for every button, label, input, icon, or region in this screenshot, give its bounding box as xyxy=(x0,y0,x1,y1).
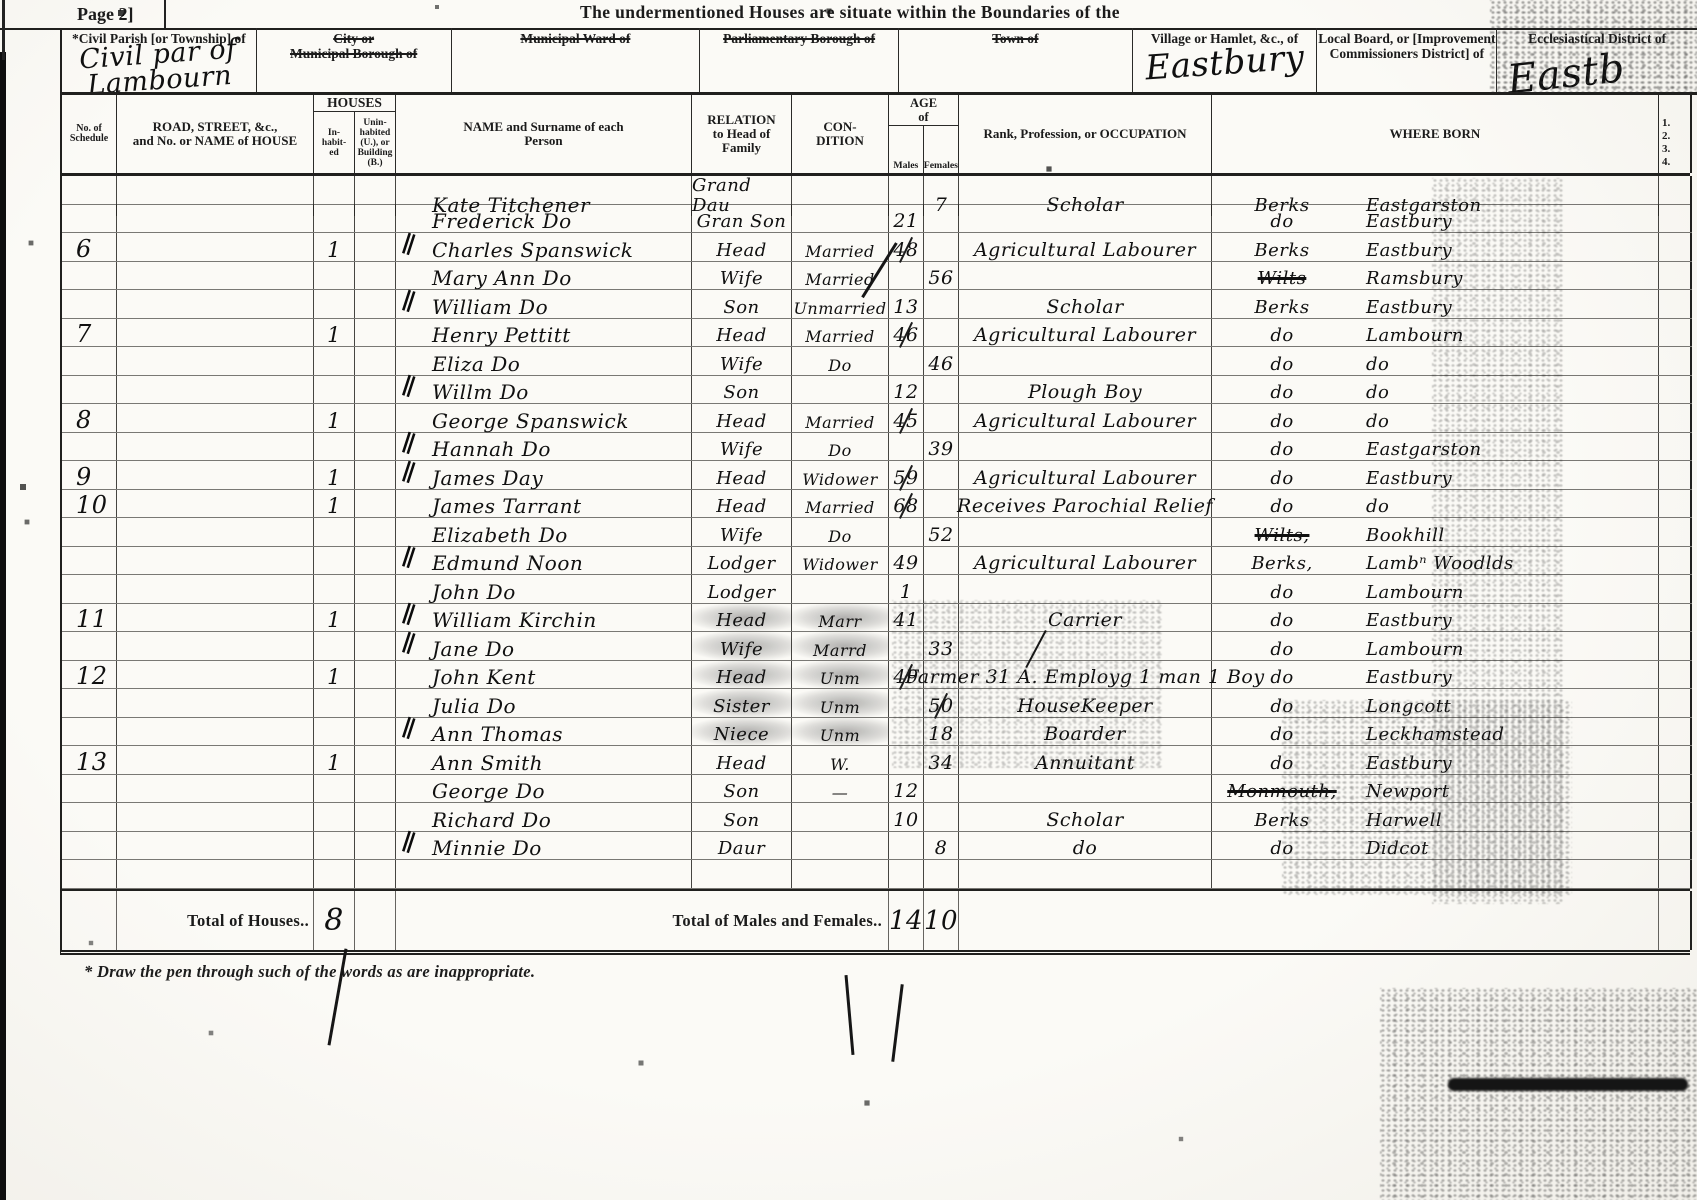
person-name: George Spanswick xyxy=(432,410,629,432)
cell-relation: Head xyxy=(692,461,792,489)
cell-road-street xyxy=(117,689,314,717)
census-page: Page 2] The undermentioned Houses are si… xyxy=(0,0,1697,1200)
cell-condition: Unm xyxy=(792,661,889,689)
cell-name: Julia Do xyxy=(396,689,692,717)
cell-occupation xyxy=(959,860,1212,888)
total-males-value: 14 xyxy=(889,891,924,950)
born-county: do xyxy=(1212,697,1352,717)
age-male-value: 59 xyxy=(893,468,918,489)
household-separator-mark: ∥ xyxy=(399,230,436,265)
scan-specks xyxy=(0,0,2,2)
cell-road-street xyxy=(117,404,314,432)
cell-age-male: 10 xyxy=(889,803,924,831)
person-name: Henry Pettitt xyxy=(432,324,571,346)
cell-schedule-number: 10 xyxy=(62,490,117,518)
table-header-row: No. of Schedule ROAD, STREET, &c., and N… xyxy=(60,95,1690,176)
person-name: William Kirchin xyxy=(432,609,597,631)
cell-disability xyxy=(1659,746,1692,774)
cell-age-male xyxy=(889,832,924,860)
age-male-value: 49 xyxy=(893,553,918,574)
cell-inhabited xyxy=(314,347,355,375)
cell-inhabited xyxy=(314,832,355,860)
col-uninhabited: Unin- habited (U.), or Building (B.) xyxy=(355,112,395,173)
born-county: do xyxy=(1212,611,1352,631)
page-title: The undermentioned Houses are situate wi… xyxy=(475,2,1225,23)
cell-age-female: 52 xyxy=(924,518,959,546)
cell-road-street xyxy=(117,490,314,518)
col-males: Males xyxy=(889,126,924,173)
cell-inhabited xyxy=(314,632,355,660)
cell-name: ∥ Edmund Noon xyxy=(396,547,692,575)
field-ecclesiastical-district: Ecclesiastical District of Eastb xyxy=(1497,28,1697,92)
cell-schedule-number xyxy=(62,860,117,888)
cell-occupation xyxy=(959,632,1212,660)
cell-where-born: do Leckhamstead xyxy=(1212,718,1659,746)
born-county: do xyxy=(1212,725,1352,745)
cell-condition: Marr xyxy=(792,604,889,632)
cell-uninhabited xyxy=(355,604,396,632)
born-place: Eastbury xyxy=(1352,298,1658,318)
cell-name: ∥ William Do xyxy=(396,290,692,318)
cell-road-street xyxy=(117,632,314,660)
household-separator-mark: ∥ xyxy=(399,714,436,749)
cell-condition: Widower xyxy=(792,461,889,489)
age-male-value: 49 xyxy=(893,667,918,688)
cell-age-female xyxy=(924,604,959,632)
cell-condition xyxy=(792,205,889,233)
cell-name: James Tarrant xyxy=(396,490,692,518)
cell-occupation: Annuitant xyxy=(959,746,1212,774)
cell-age-male: 13 xyxy=(889,290,924,318)
cell-relation: Wife xyxy=(692,632,792,660)
cell-occupation: HouseKeeper xyxy=(959,689,1212,717)
totals-row: Total of Houses.. 8 Total of Males and F… xyxy=(60,889,1690,955)
cell-uninhabited xyxy=(355,376,396,404)
cell-age-female: 50 xyxy=(924,689,959,717)
table-row: Eliza Do Wife Do 46 do do xyxy=(62,347,1692,376)
footnote-instruction: * Draw the pen through such of the words… xyxy=(84,962,535,982)
age-male-value: 46 xyxy=(893,325,918,346)
cell-name: ∥ Jane Do xyxy=(396,632,692,660)
cell-where-born xyxy=(1212,860,1659,888)
cell-age-male: 49 xyxy=(889,661,924,689)
age-female-value: 56 xyxy=(928,268,953,289)
household-separator-mark: ∥ xyxy=(399,458,436,493)
field-city-borough: City or Municipal Borough of xyxy=(257,28,452,92)
field-label: Town of xyxy=(899,31,1132,46)
field-label: Ecclesiastical District of xyxy=(1497,31,1697,46)
cell-where-born: do Eastbury xyxy=(1212,604,1659,632)
cell-relation: Head xyxy=(692,746,792,774)
age-female-value: 34 xyxy=(928,753,953,774)
totals-spacer xyxy=(355,891,396,950)
cell-schedule-number xyxy=(62,433,117,461)
table-row: George Do Son — 12 Monmouth, Newport xyxy=(62,775,1692,804)
cell-uninhabited xyxy=(355,205,396,233)
field-label: Municipal Ward of xyxy=(452,31,700,46)
cell-condition: Do xyxy=(792,518,889,546)
cell-road-street xyxy=(117,518,314,546)
person-name: Julia Do xyxy=(432,695,516,717)
cell-condition xyxy=(792,575,889,603)
person-name: John Do xyxy=(432,581,516,603)
cell-schedule-number: 11 xyxy=(62,604,117,632)
total-males-females-label: Total of Males and Females.. xyxy=(396,891,889,950)
cell-uninhabited xyxy=(355,290,396,318)
cell-disability xyxy=(1659,832,1692,860)
cell-condition: W. xyxy=(792,746,889,774)
cell-age-female: 8 xyxy=(924,832,959,860)
cell-where-born: do Lambourn xyxy=(1212,632,1659,660)
cell-inhabited xyxy=(314,518,355,546)
age-male-value: 10 xyxy=(893,810,918,831)
table-row: John Do Lodger 1 do Lambourn xyxy=(62,575,1692,604)
cell-occupation xyxy=(959,347,1212,375)
cell-schedule-number xyxy=(62,689,117,717)
total-females-value: 10 xyxy=(924,891,959,950)
age-female-value: 46 xyxy=(928,354,953,375)
cell-uninhabited xyxy=(355,262,396,290)
table-row: 8 1 George Spanswick Head Married 45 Agr… xyxy=(62,404,1692,433)
header-fields-row: *Civil Parish [or Township] of Civil par… xyxy=(60,28,1697,95)
cell-road-street xyxy=(117,290,314,318)
cell-road-street xyxy=(117,547,314,575)
cell-inhabited xyxy=(314,775,355,803)
cell-where-born: do Eastbury xyxy=(1212,205,1659,233)
person-name: Jane Do xyxy=(432,638,515,660)
cell-age-male xyxy=(889,718,924,746)
cell-where-born: Berks Eastbury xyxy=(1212,290,1659,318)
cell-age-male xyxy=(889,433,924,461)
cell-schedule-number xyxy=(62,775,117,803)
cell-relation: Head xyxy=(692,661,792,689)
cell-inhabited: 1 xyxy=(314,604,355,632)
cell-where-born: do do xyxy=(1212,490,1659,518)
cell-disability xyxy=(1659,205,1692,233)
person-name: Frederick Do xyxy=(432,210,572,232)
cell-occupation: Farmer 31 A. Employg 1 man 1 Boy xyxy=(959,661,1212,689)
born-county: Berks xyxy=(1212,811,1352,831)
age-male-value: 45 xyxy=(893,411,918,432)
cell-condition xyxy=(792,376,889,404)
cell-where-born: do do xyxy=(1212,404,1659,432)
age-male-value: 13 xyxy=(893,297,918,318)
cell-occupation: Carrier xyxy=(959,604,1212,632)
cell-road-street xyxy=(117,604,314,632)
person-name: Ann Smith xyxy=(432,752,543,774)
born-county: Berks xyxy=(1212,241,1352,261)
cell-disability xyxy=(1659,547,1692,575)
cell-name: George Spanswick xyxy=(396,404,692,432)
table-row: Elizabeth Do Wife Do 52 Wilts, Bookhill xyxy=(62,518,1692,547)
table-row: ∥ Willm Do Son 12 Plough Boy do do xyxy=(62,376,1692,405)
cell-schedule-number: 12 xyxy=(62,661,117,689)
cell-schedule-number xyxy=(62,347,117,375)
person-name: Charles Spanswick xyxy=(432,239,633,261)
cell-disability xyxy=(1659,461,1692,489)
cell-disability xyxy=(1659,262,1692,290)
cell-name: Elizabeth Do xyxy=(396,518,692,546)
cell-schedule-number xyxy=(62,290,117,318)
cell-age-female: 33 xyxy=(924,632,959,660)
cell-road-street xyxy=(117,376,314,404)
cell-road-street xyxy=(117,860,314,888)
cell-disability xyxy=(1659,632,1692,660)
table-row: Frederick Do Gran Son 21 do Eastbury xyxy=(62,205,1692,234)
cell-age-female xyxy=(924,575,959,603)
cell-disability xyxy=(1659,604,1692,632)
cell-where-born: do Eastgarston xyxy=(1212,433,1659,461)
cell-inhabited xyxy=(314,290,355,318)
cell-occupation: Agricultural Labourer xyxy=(959,319,1212,347)
cell-uninhabited xyxy=(355,490,396,518)
cell-age-male: 21 xyxy=(889,205,924,233)
born-place: do xyxy=(1352,383,1658,403)
cell-name: Mary Ann Do xyxy=(396,262,692,290)
household-separator-mark: ∥ xyxy=(399,828,436,863)
cell-where-born: Berks Harwell xyxy=(1212,803,1659,831)
cell-disability xyxy=(1659,689,1692,717)
cell-inhabited: 1 xyxy=(314,746,355,774)
born-place: Bookhill xyxy=(1352,526,1658,546)
cell-age-male xyxy=(889,262,924,290)
cell-uninhabited xyxy=(355,404,396,432)
born-place: Lambⁿ Woodlds xyxy=(1352,554,1658,574)
cell-age-male: 48 xyxy=(889,233,924,261)
cell-age-female: 56 xyxy=(924,262,959,290)
cell-age-female xyxy=(924,376,959,404)
cell-relation xyxy=(692,860,792,888)
cell-schedule-number xyxy=(62,718,117,746)
cell-condition xyxy=(792,832,889,860)
person-name: James Tarrant xyxy=(432,495,582,517)
age-female-value: 18 xyxy=(928,724,953,745)
cell-where-born: Wilts, Bookhill xyxy=(1212,518,1659,546)
cell-road-street xyxy=(117,661,314,689)
cell-uninhabited xyxy=(355,575,396,603)
cell-disability xyxy=(1659,347,1692,375)
cell-road-street xyxy=(117,262,314,290)
cell-schedule-number: 8 xyxy=(62,404,117,432)
cell-inhabited xyxy=(314,547,355,575)
cell-condition xyxy=(792,803,889,831)
household-separator-mark: ∥ xyxy=(399,429,436,464)
cell-relation: Wife xyxy=(692,262,792,290)
cell-name: John Do xyxy=(396,575,692,603)
born-county: do xyxy=(1212,640,1352,660)
cell-condition: Marrd xyxy=(792,632,889,660)
cell-where-born: do do xyxy=(1212,376,1659,404)
cell-where-born: Monmouth, Newport xyxy=(1212,775,1659,803)
cell-occupation: Plough Boy xyxy=(959,376,1212,404)
table-row: Kate Titchener Grand Dau 7 Scholar Berks… xyxy=(62,176,1692,205)
cell-age-female xyxy=(924,319,959,347)
cell-uninhabited xyxy=(355,547,396,575)
col-disability-codes: 1. 2. 3. 4. xyxy=(1659,95,1692,173)
col-occupation: Rank, Profession, or OCCUPATION xyxy=(959,95,1212,173)
cell-inhabited xyxy=(314,860,355,888)
born-place: Newport xyxy=(1352,782,1658,802)
cell-inhabited xyxy=(314,205,355,233)
col-females: Females xyxy=(924,126,958,173)
table-row: 10 1 James Tarrant Head Married 68 Recei… xyxy=(62,490,1692,519)
cell-name: John Kent xyxy=(396,661,692,689)
cell-condition: Married xyxy=(792,233,889,261)
cell-age-female xyxy=(924,775,959,803)
cell-occupation xyxy=(959,205,1212,233)
cell-schedule-number xyxy=(62,575,117,603)
cell-where-born: do Eastbury xyxy=(1212,746,1659,774)
cell-inhabited: 1 xyxy=(314,404,355,432)
age-male-value: 12 xyxy=(893,781,918,802)
cell-relation: Son xyxy=(692,803,792,831)
cell-occupation: do xyxy=(959,832,1212,860)
born-county: do xyxy=(1212,212,1352,232)
cell-occupation: Receives Parochial Relief xyxy=(959,490,1212,518)
cell-relation: Lodger xyxy=(692,575,792,603)
cell-relation: Daur xyxy=(692,832,792,860)
cell-schedule-number xyxy=(62,803,117,831)
cell-road-street xyxy=(117,233,314,261)
cell-uninhabited xyxy=(355,433,396,461)
cell-age-male xyxy=(889,632,924,660)
born-county: do xyxy=(1212,583,1352,603)
field-label: Parliamentary Borough of xyxy=(700,31,898,46)
cell-disability xyxy=(1659,775,1692,803)
cell-where-born: Berks Eastbury xyxy=(1212,233,1659,261)
scan-smudge-bottomright xyxy=(1380,988,1697,1200)
col-where-born: WHERE BORN xyxy=(1212,95,1659,173)
cell-disability xyxy=(1659,661,1692,689)
cell-age-male xyxy=(889,347,924,375)
cell-inhabited: 1 xyxy=(314,233,355,261)
cell-name: ∥ Ann Thomas xyxy=(396,718,692,746)
cell-age-female xyxy=(924,404,959,432)
field-local-board: Local Board, or [Improvement Commissione… xyxy=(1317,28,1497,92)
born-place: Ramsbury xyxy=(1352,269,1658,289)
person-name: Eliza Do xyxy=(432,353,520,375)
cell-relation: Son xyxy=(692,290,792,318)
cell-age-male: 68 xyxy=(889,490,924,518)
cell-relation: Lodger xyxy=(692,547,792,575)
cell-age-female xyxy=(924,860,959,888)
cell-disability xyxy=(1659,290,1692,318)
stray-pen-stroke-3 xyxy=(891,984,903,1062)
cell-age-male: 49 xyxy=(889,547,924,575)
cell-age-female xyxy=(924,233,959,261)
cell-name: George Do xyxy=(396,775,692,803)
table-row: 6 1 ∥ Charles Spanswick Head Married 48 … xyxy=(62,233,1692,262)
cell-name: ∥ Hannah Do xyxy=(396,433,692,461)
born-place: Lambourn xyxy=(1352,640,1658,660)
cell-condition: Married xyxy=(792,319,889,347)
cell-condition: Married xyxy=(792,404,889,432)
table-row: ∥ Edmund Noon Lodger Widower 49 Agricult… xyxy=(62,547,1692,576)
cell-uninhabited xyxy=(355,632,396,660)
cell-disability xyxy=(1659,404,1692,432)
cell-age-female: 34 xyxy=(924,746,959,774)
cell-age-female: 18 xyxy=(924,718,959,746)
cell-inhabited: 1 xyxy=(314,661,355,689)
cell-road-street xyxy=(117,832,314,860)
cell-age-female xyxy=(924,290,959,318)
cell-name: ∥ Willm Do xyxy=(396,376,692,404)
col-houses-group: HOUSES In- habit- ed Unin- habited (U.),… xyxy=(314,95,396,173)
cell-condition: Married xyxy=(792,490,889,518)
field-value-handwritten: Eastb xyxy=(1497,48,1697,92)
age-female-value: 33 xyxy=(928,639,953,660)
cell-name: Ann Smith xyxy=(396,746,692,774)
cell-inhabited: 1 xyxy=(314,461,355,489)
cell-relation: Head xyxy=(692,404,792,432)
born-county: do xyxy=(1212,839,1352,859)
cell-occupation xyxy=(959,775,1212,803)
age-group-label: AGE of xyxy=(889,95,958,126)
table-body: Kate Titchener Grand Dau 7 Scholar Berks… xyxy=(60,176,1692,889)
cell-relation: Gran Son xyxy=(692,205,792,233)
cell-age-male xyxy=(889,746,924,774)
person-name: Mary Ann Do xyxy=(432,267,572,289)
cell-road-street xyxy=(117,575,314,603)
person-name: Ann Thomas xyxy=(432,723,563,745)
cell-age-male: 12 xyxy=(889,775,924,803)
cell-name: Henry Pettitt xyxy=(396,319,692,347)
born-place: Eastbury xyxy=(1352,668,1658,688)
totals-schedule-cell xyxy=(62,891,117,950)
cell-schedule-number: 9 xyxy=(62,461,117,489)
cell-name: ∥ Charles Spanswick xyxy=(396,233,692,261)
table-row: 12 1 John Kent Head Unm 49 Farmer 31 A. … xyxy=(62,661,1692,690)
cell-schedule-number xyxy=(62,547,117,575)
field-value-handwritten: Civil par of Lambourn xyxy=(62,35,257,92)
born-county: do xyxy=(1212,412,1352,432)
person-name: Elizabeth Do xyxy=(432,524,568,546)
cell-occupation xyxy=(959,262,1212,290)
cell-relation: Wife xyxy=(692,433,792,461)
cell-condition: Do xyxy=(792,433,889,461)
cell-relation: Head xyxy=(692,604,792,632)
field-civil-parish: *Civil Parish [or Township] of Civil par… xyxy=(62,28,257,92)
table-row: Julia Do Sister Unm 50 HouseKeeper do Lo… xyxy=(62,689,1692,718)
cell-condition: Unm xyxy=(792,718,889,746)
cell-age-male: 46 xyxy=(889,319,924,347)
person-name: William Do xyxy=(432,296,548,318)
totals-born-cell xyxy=(1212,891,1659,950)
cell-condition xyxy=(792,860,889,888)
born-place: do xyxy=(1352,497,1658,517)
cell-disability xyxy=(1659,319,1692,347)
cell-disability xyxy=(1659,490,1692,518)
cell-name xyxy=(396,860,692,888)
cell-occupation: Scholar xyxy=(959,803,1212,831)
household-separator-mark: ∥ xyxy=(399,287,436,322)
household-separator-mark: ∥ xyxy=(399,600,436,635)
born-place: Eastbury xyxy=(1352,212,1658,232)
cell-condition: — xyxy=(792,775,889,803)
household-separator-mark: ∥ xyxy=(399,543,436,578)
table-row: 7 1 Henry Pettitt Head Married 46 Agricu… xyxy=(62,319,1692,348)
totals-occupation-cell xyxy=(959,891,1212,950)
top-divider-line xyxy=(164,0,166,28)
age-male-value: 1 xyxy=(900,582,913,603)
cell-inhabited xyxy=(314,718,355,746)
cell-where-born: do Didcot xyxy=(1212,832,1659,860)
cell-relation: Wife xyxy=(692,347,792,375)
born-county: do xyxy=(1212,497,1352,517)
cell-schedule-number: 6 xyxy=(62,233,117,261)
household-separator-mark: ∥ xyxy=(399,372,436,407)
born-place: Longcott xyxy=(1352,697,1658,717)
